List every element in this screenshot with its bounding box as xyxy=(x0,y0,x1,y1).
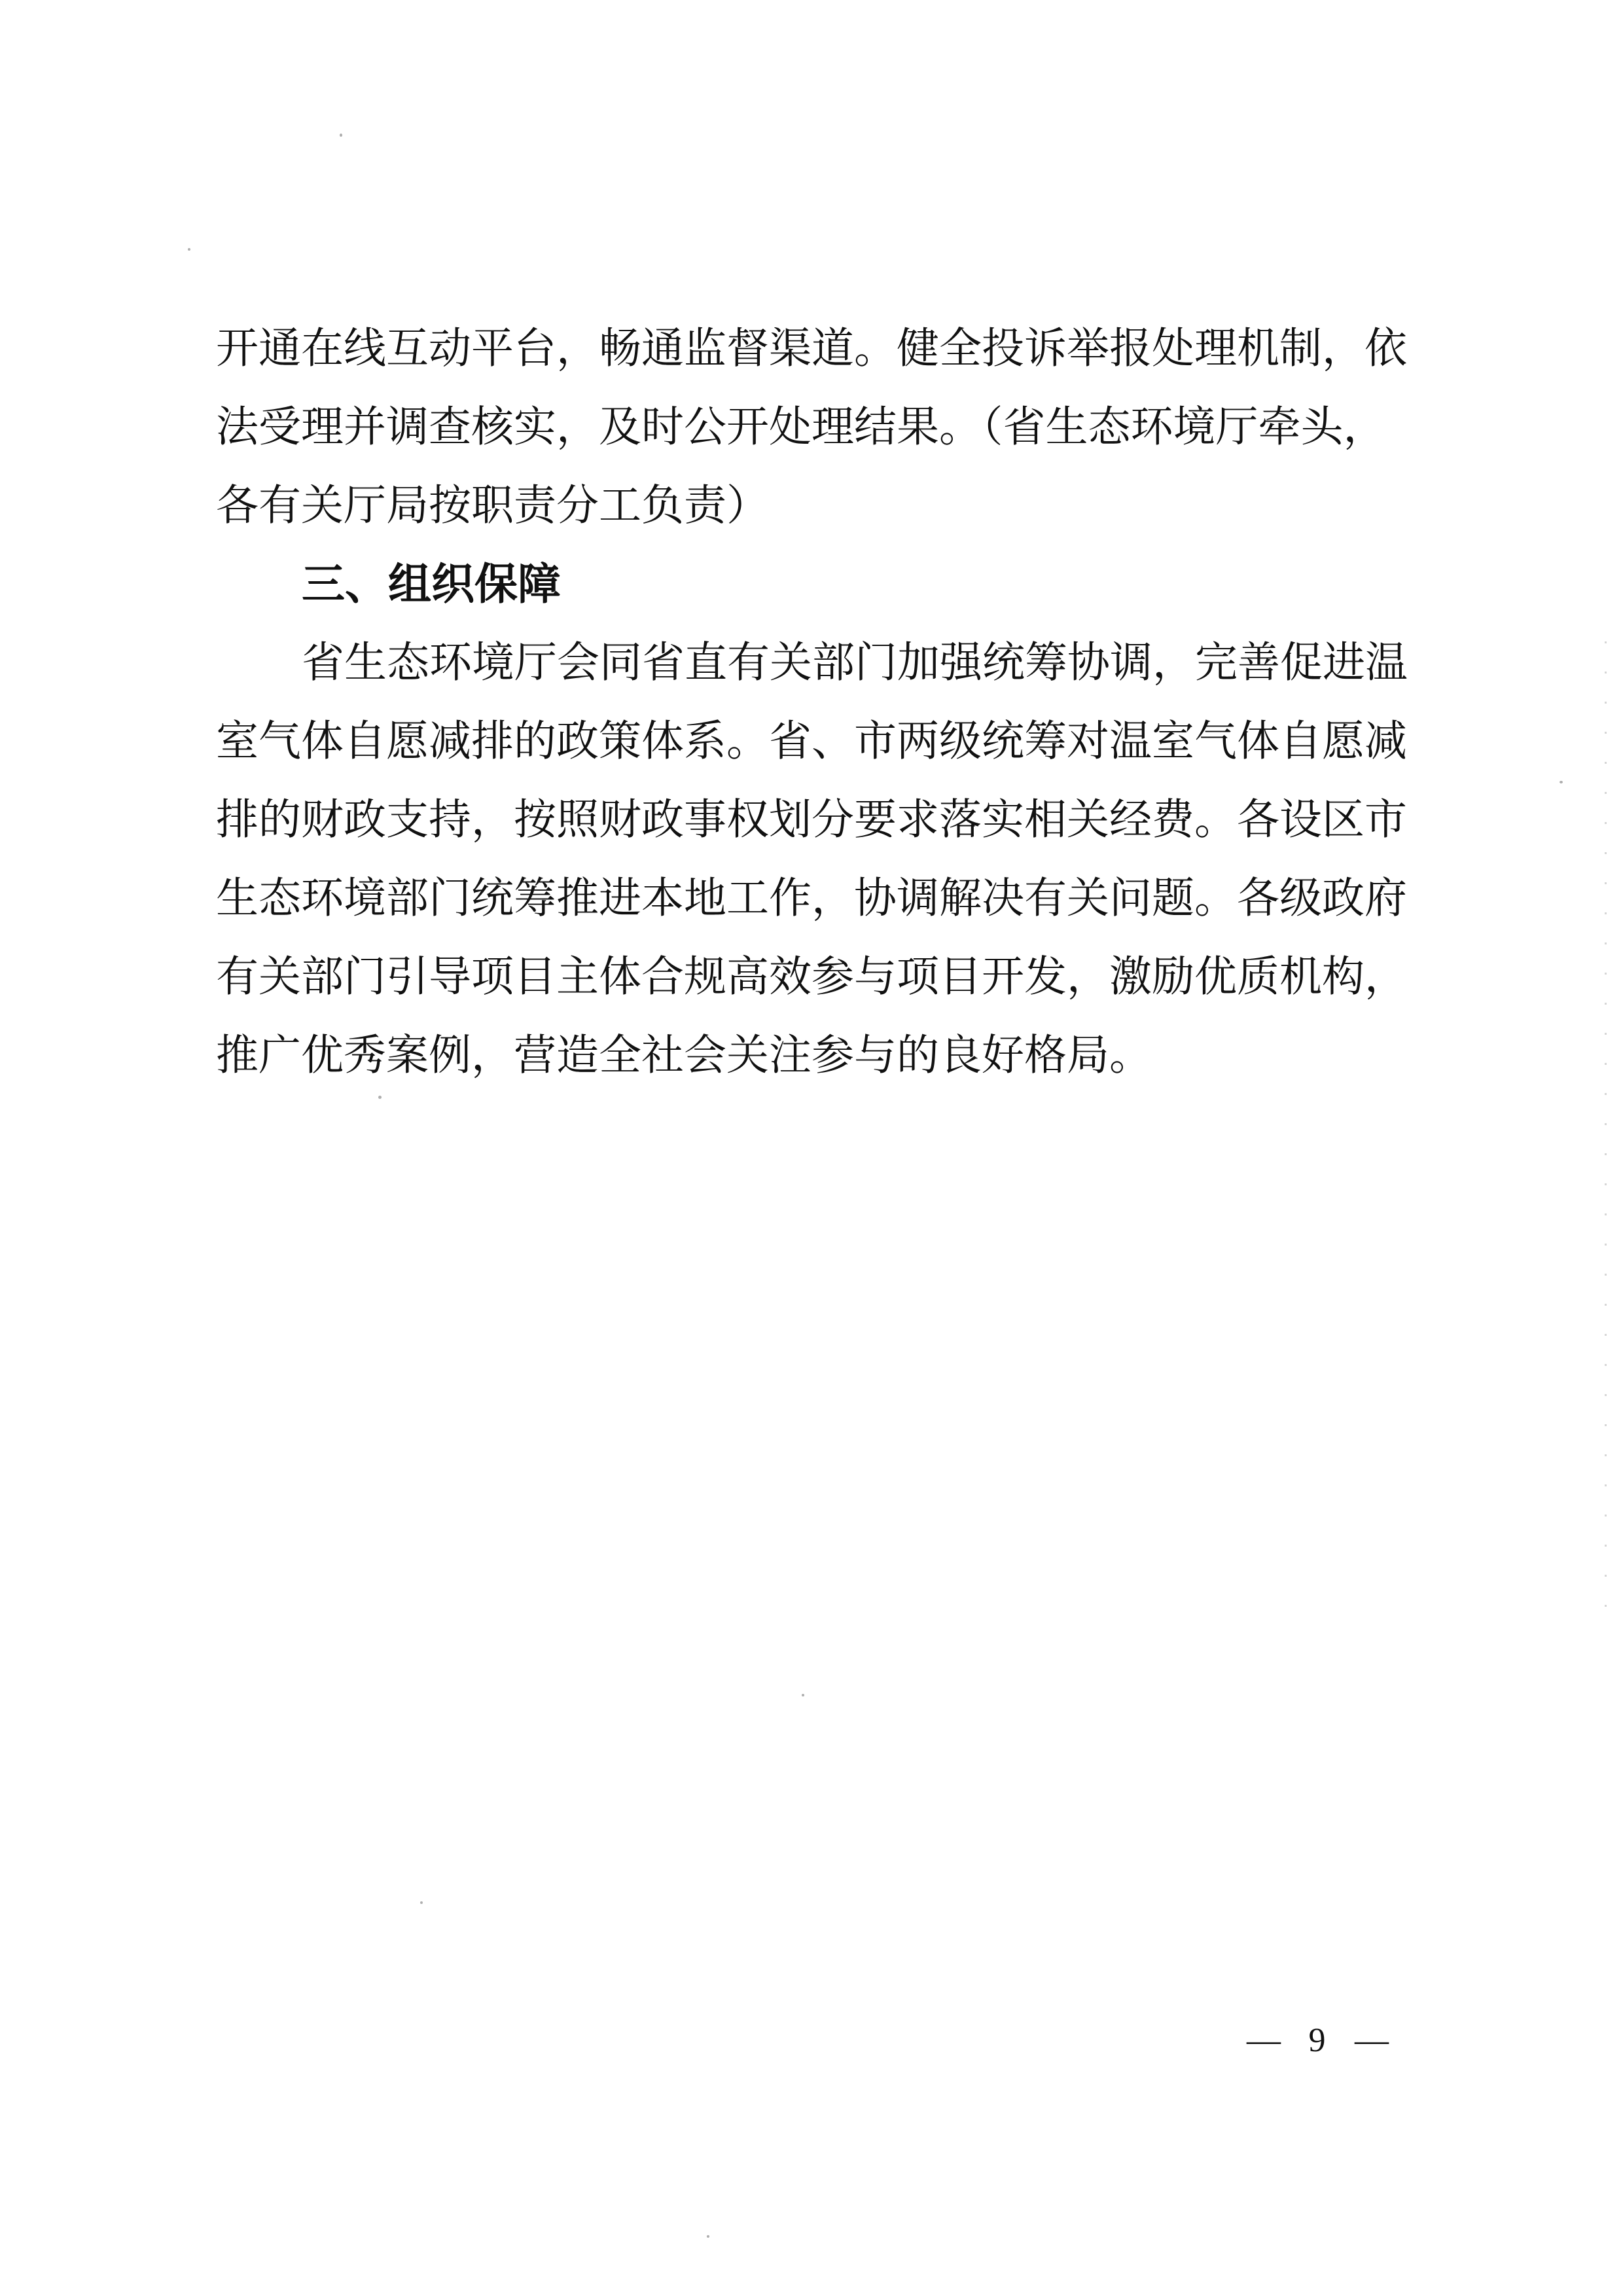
section-heading: 三、组织保障 xyxy=(216,545,1414,624)
body-line: 排的财政支持，按照财政事权划分要求落实相关经费。各设区市 xyxy=(216,781,1414,859)
text-block: 开通在线互动平台，畅通监督渠道。健全投诉举报处理机制，依 法受理并调查核实，及时… xyxy=(216,310,1414,1095)
body-line: 各有关厅局按职责分工负责） xyxy=(216,467,1414,545)
page-number: — 9 — xyxy=(1247,2021,1387,2060)
body-line: 有关部门引导项目主体合规高效参与项目开发，激励优质机构， xyxy=(216,938,1414,1016)
body-line: 开通在线互动平台，畅通监督渠道。健全投诉举报处理机制，依 xyxy=(216,310,1414,388)
scan-speck xyxy=(1560,781,1563,783)
body-line: 推广优秀案例，营造全社会关注参与的良好格局。 xyxy=(216,1016,1414,1095)
page-number-value: 9 xyxy=(1309,2021,1326,2060)
body-line: 室气体自愿减排的政策体系。省、市两级统筹对温室气体自愿减 xyxy=(216,702,1414,781)
scan-edge-noise xyxy=(1605,641,1607,1623)
scan-speck xyxy=(340,134,342,137)
scan-speck xyxy=(188,248,190,251)
document-page: 开通在线互动平台，畅通监督渠道。健全投诉举报处理机制，依 法受理并调查核实，及时… xyxy=(0,0,1623,2296)
body-line: 省生态环境厅会同省直有关部门加强统筹协调，完善促进温 xyxy=(216,624,1414,702)
scan-speck xyxy=(802,1694,804,1696)
body-line: 生态环境部门统筹推进本地工作，协调解决有关问题。各级政府 xyxy=(216,859,1414,938)
page-number-left-dash: — xyxy=(1247,2021,1279,2060)
scan-speck xyxy=(707,2235,709,2238)
scan-speck xyxy=(378,1096,382,1099)
body-line: 法受理并调查核实，及时公开处理结果。（省生态环境厅牵头， xyxy=(216,388,1414,467)
scan-speck xyxy=(420,1901,423,1904)
page-number-right-dash: — xyxy=(1355,2021,1387,2060)
